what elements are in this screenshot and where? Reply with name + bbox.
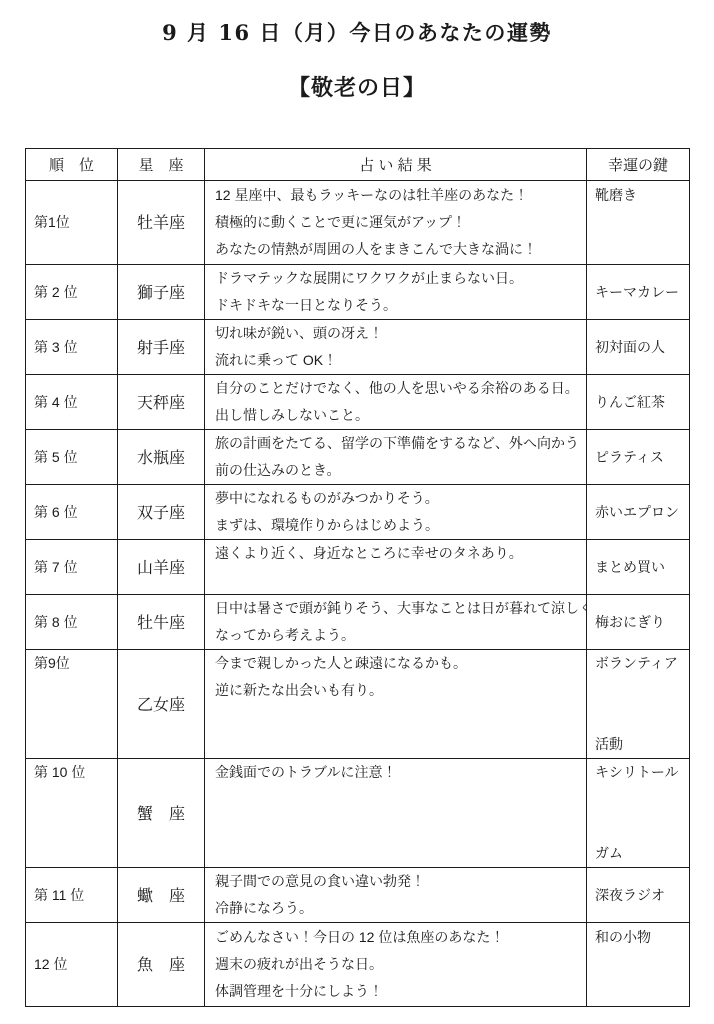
fortune-line: ごめんなさい！今日の 12 位は魚座のあなた！ (215, 924, 586, 951)
fortune-line (215, 840, 586, 867)
rank-cell: 第 10 位 (26, 759, 118, 868)
sign-cell: 水瓶座 (118, 430, 205, 485)
fortune-line: あなたの情熱が周囲の人をまきこんで大きな渦に！ (215, 236, 586, 263)
rank-line: 第 3 位 (34, 334, 117, 361)
rank-cell: 第1位 (26, 181, 118, 265)
fortune-line: 今まで親しかった人と疎遠になるかも。 (215, 650, 586, 677)
fortune-line: 週末の疲れが出そうな日。 (215, 951, 586, 978)
fortune-line: ドキドキな一日となりそう。 (215, 292, 586, 319)
lucky-line: ピラティス (595, 444, 689, 471)
fortune-line: 前の仕込みのとき。 (215, 457, 586, 484)
fortune-line: なってから考えよう。 (215, 622, 586, 649)
rank-line: 第 7 位 (34, 554, 117, 581)
table-row: 第 6 位双子座夢中になれるものがみつかりそう。まずは、環境作りからはじめよう。… (26, 485, 690, 540)
sign-line: 蟹 座 (118, 800, 204, 827)
table-header-row: 順 位 星 座 占 い 結 果 幸運の鍵 (26, 149, 690, 181)
rank-cell: 第 7 位 (26, 540, 118, 595)
fortune-cell: 12 星座中、最もラッキーなのは牡羊座のあなた！積極的に動くことで更に運気がアッ… (205, 181, 587, 265)
fortune-line: 体調管理を十分にしよう！ (215, 978, 586, 1005)
rank-line: 第1位 (34, 209, 117, 236)
lucky-cell: キシリトールガム (587, 759, 690, 868)
lucky-line: 赤いエプロン (595, 499, 689, 526)
fortune-cell: ドラマテックな展開にワクワクが止まらない日。ドキドキな一日となりそう。 (205, 265, 587, 320)
rank-cell: 第 6 位 (26, 485, 118, 540)
page-title: 9 月 16 日（月）今日のあなたの運勢 (0, 0, 714, 47)
fortune-cell: 旅の計画をたてる、留学の下準備をするなど、外へ向かう前の仕込みのとき。 (205, 430, 587, 485)
rank-cell: 第 11 位 (26, 868, 118, 923)
fortune-line: ドラマテックな展開にワクワクが止まらない日。 (215, 265, 586, 292)
fortune-cell: 切れ味が鋭い、頭の冴え！流れに乗って OK！ (205, 320, 587, 375)
table-row: 第 7 位山羊座遠くより近く、身近なところに幸せのタネあり。まとめ買い (26, 540, 690, 595)
fortune-line: 夢中になれるものがみつかりそう。 (215, 485, 586, 512)
table-row: 第1位牡羊座12 星座中、最もラッキーなのは牡羊座のあなた！積極的に動くことで更… (26, 181, 690, 265)
rank-line: 第 6 位 (34, 499, 117, 526)
sign-line: 山羊座 (118, 554, 204, 581)
fortune-line: 自分のことだけでなく、他の人を思いやる余裕のある日。 (215, 375, 586, 402)
lucky-line: 靴磨き (595, 182, 689, 209)
sign-line: 射手座 (118, 334, 204, 361)
table-row: 第 8 位牡牛座日中は暑さで頭が鈍りそう、大事なことは日が暮れて涼しくなってから… (26, 595, 690, 650)
lucky-cell: 深夜ラジオ (587, 868, 690, 923)
fortune-line (215, 731, 586, 758)
rank-cell: 第9位 (26, 650, 118, 759)
lucky-cell: 初対面の人 (587, 320, 690, 375)
rank-line: 第 10 位 (34, 759, 117, 786)
sign-line: 双子座 (118, 499, 204, 526)
rank-cell: 第 4 位 (26, 375, 118, 430)
sign-line: 蠍 座 (118, 882, 204, 909)
fortune-cell: 遠くより近く、身近なところに幸せのタネあり。 (205, 540, 587, 595)
lucky-line: 初対面の人 (595, 334, 689, 361)
fortune-cell: 日中は暑さで頭が鈍りそう、大事なことは日が暮れて涼しくなってから考えよう。 (205, 595, 587, 650)
fortune-line: 出し惜しみしないこと。 (215, 402, 586, 429)
rank-line: 12 位 (34, 951, 117, 978)
sign-cell: 射手座 (118, 320, 205, 375)
lucky-cell: 靴磨き (587, 181, 690, 265)
lucky-cell: キーマカレー (587, 265, 690, 320)
lucky-line (595, 978, 689, 1005)
sign-cell: 牡牛座 (118, 595, 205, 650)
lucky-cell: 赤いエプロン (587, 485, 690, 540)
lucky-cell: まとめ買い (587, 540, 690, 595)
lucky-line: キーマカレー (595, 279, 689, 306)
lucky-line: ガム (595, 840, 689, 867)
table-row: 第 10 位蟹 座金銭面でのトラブルに注意！キシリトールガム (26, 759, 690, 868)
sign-cell: 双子座 (118, 485, 205, 540)
fortune-cell: 夢中になれるものがみつかりそう。まずは、環境作りからはじめよう。 (205, 485, 587, 540)
lucky-line (595, 704, 689, 731)
rank-line (34, 813, 117, 840)
lucky-line (595, 786, 689, 813)
table-row: 第 11 位蠍 座親子間での意見の食い違い勃発！冷静になろう。深夜ラジオ (26, 868, 690, 923)
lucky-cell: りんご紅茶 (587, 375, 690, 430)
col-header-rank: 順 位 (26, 149, 118, 181)
rank-cell: 第 3 位 (26, 320, 118, 375)
lucky-line: ボランティア (595, 650, 689, 677)
sign-cell: 乙女座 (118, 650, 205, 759)
sign-line: 獅子座 (118, 279, 204, 306)
fortune-line (215, 567, 586, 594)
rank-cell: 第 5 位 (26, 430, 118, 485)
rank-line: 第 5 位 (34, 444, 117, 471)
lucky-line: 梅おにぎり (595, 609, 689, 636)
table-row: 第9位乙女座今まで親しかった人と疎遠になるかも。逆に新たな出会いも有り。ボランテ… (26, 650, 690, 759)
fortune-line: 切れ味が鋭い、頭の冴え！ (215, 320, 586, 347)
fortune-line (215, 704, 586, 731)
rank-line: 第9位 (34, 650, 117, 677)
lucky-line (595, 677, 689, 704)
rank-line: 第 4 位 (34, 389, 117, 416)
lucky-cell: 梅おにぎり (587, 595, 690, 650)
fortune-line: 積極的に動くことで更に運気がアップ！ (215, 209, 586, 236)
fortune-line: 流れに乗って OK！ (215, 347, 586, 374)
col-header-sign: 星 座 (118, 149, 205, 181)
fortune-line (215, 786, 586, 813)
fortune-line: 逆に新たな出会いも有り。 (215, 677, 586, 704)
sign-cell: 獅子座 (118, 265, 205, 320)
document-page: 9 月 16 日（月）今日のあなたの運勢 【敬老の日】 順 位 星 座 占 い … (0, 0, 714, 1024)
rank-line: 第 8 位 (34, 609, 117, 636)
fortune-line: 金銭面でのトラブルに注意！ (215, 759, 586, 786)
rank-line (34, 677, 117, 704)
rank-line: 第 2 位 (34, 279, 117, 306)
rank-cell: 第 8 位 (26, 595, 118, 650)
lucky-line: まとめ買い (595, 554, 689, 581)
table-row: 第 3 位射手座切れ味が鋭い、頭の冴え！流れに乗って OK！初対面の人 (26, 320, 690, 375)
lucky-line (595, 236, 689, 263)
lucky-cell: ピラティス (587, 430, 690, 485)
sign-cell: 山羊座 (118, 540, 205, 595)
fortune-cell: 金銭面でのトラブルに注意！ (205, 759, 587, 868)
sign-line: 魚 座 (118, 951, 204, 978)
fortune-line: 日中は暑さで頭が鈍りそう、大事なことは日が暮れて涼しく (215, 595, 586, 622)
lucky-line: キシリトール (595, 759, 689, 786)
table-row: 第 5 位水瓶座旅の計画をたてる、留学の下準備をするなど、外へ向かう前の仕込みの… (26, 430, 690, 485)
rank-cell: 12 位 (26, 923, 118, 1007)
rank-line (34, 704, 117, 731)
fortune-line: 旅の計画をたてる、留学の下準備をするなど、外へ向かう (215, 430, 586, 457)
fortune-line (215, 813, 586, 840)
sign-line: 乙女座 (118, 691, 204, 718)
fortune-cell: 親子間での意見の食い違い勃発！冷静になろう。 (205, 868, 587, 923)
fortune-table-body: 第1位牡羊座12 星座中、最もラッキーなのは牡羊座のあなた！積極的に動くことで更… (26, 181, 690, 1007)
col-header-lucky-key: 幸運の鍵 (587, 149, 690, 181)
table-row: 第 2 位獅子座ドラマテックな展開にワクワクが止まらない日。ドキドキな一日となり… (26, 265, 690, 320)
fortune-line: まずは、環境作りからはじめよう。 (215, 512, 586, 539)
rank-line (34, 786, 117, 813)
lucky-line (595, 209, 689, 236)
table-row: 12 位魚 座ごめんなさい！今日の 12 位は魚座のあなた！週末の疲れが出そうな… (26, 923, 690, 1007)
fortune-line: 冷静になろう。 (215, 895, 586, 922)
fortune-cell: ごめんなさい！今日の 12 位は魚座のあなた！週末の疲れが出そうな日。体調管理を… (205, 923, 587, 1007)
fortune-cell: 今まで親しかった人と疎遠になるかも。逆に新たな出会いも有り。 (205, 650, 587, 759)
col-header-fortune: 占 い 結 果 (205, 149, 587, 181)
sign-cell: 天秤座 (118, 375, 205, 430)
fortune-line: 12 星座中、最もラッキーなのは牡羊座のあなた！ (215, 182, 586, 209)
page-subtitle: 【敬老の日】 (0, 71, 714, 102)
lucky-line: りんご紅茶 (595, 389, 689, 416)
sign-line: 天秤座 (118, 389, 204, 416)
lucky-line: 深夜ラジオ (595, 882, 689, 909)
sign-cell: 蠍 座 (118, 868, 205, 923)
lucky-line (595, 951, 689, 978)
sign-line: 牡牛座 (118, 609, 204, 636)
rank-line: 第 11 位 (34, 882, 117, 909)
sign-cell: 魚 座 (118, 923, 205, 1007)
sign-line: 牡羊座 (118, 209, 204, 236)
lucky-cell: 和の小物 (587, 923, 690, 1007)
table-row: 第 4 位天秤座自分のことだけでなく、他の人を思いやる余裕のある日。出し惜しみし… (26, 375, 690, 430)
rank-line (34, 731, 117, 758)
rank-line (34, 840, 117, 867)
rank-cell: 第 2 位 (26, 265, 118, 320)
lucky-line (595, 813, 689, 840)
lucky-line: 活動 (595, 731, 689, 758)
fortune-cell: 自分のことだけでなく、他の人を思いやる余裕のある日。出し惜しみしないこと。 (205, 375, 587, 430)
fortune-table: 順 位 星 座 占 い 結 果 幸運の鍵 第1位牡羊座12 星座中、最もラッキー… (25, 148, 690, 1007)
fortune-line: 遠くより近く、身近なところに幸せのタネあり。 (215, 540, 586, 567)
sign-line: 水瓶座 (118, 444, 204, 471)
lucky-line: 和の小物 (595, 924, 689, 951)
sign-cell: 牡羊座 (118, 181, 205, 265)
lucky-cell: ボランティア活動 (587, 650, 690, 759)
sign-cell: 蟹 座 (118, 759, 205, 868)
fortune-line: 親子間での意見の食い違い勃発！ (215, 868, 586, 895)
